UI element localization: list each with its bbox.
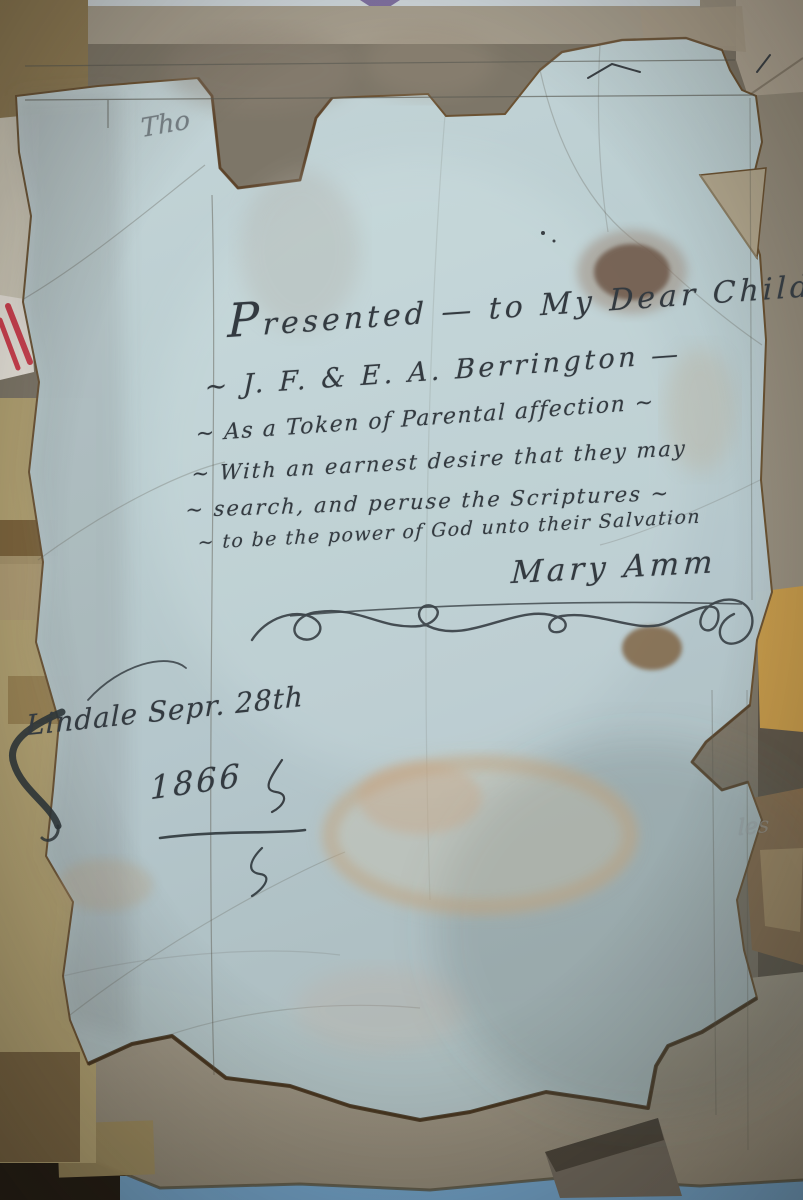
photo-of-bible-flyleaf: Tho Presented — to My Dear Children ~ J.… <box>0 0 803 1200</box>
photo-vignette <box>0 0 803 1200</box>
paper-artwork <box>0 0 803 1200</box>
fragment-right-edge: les <box>738 815 769 840</box>
